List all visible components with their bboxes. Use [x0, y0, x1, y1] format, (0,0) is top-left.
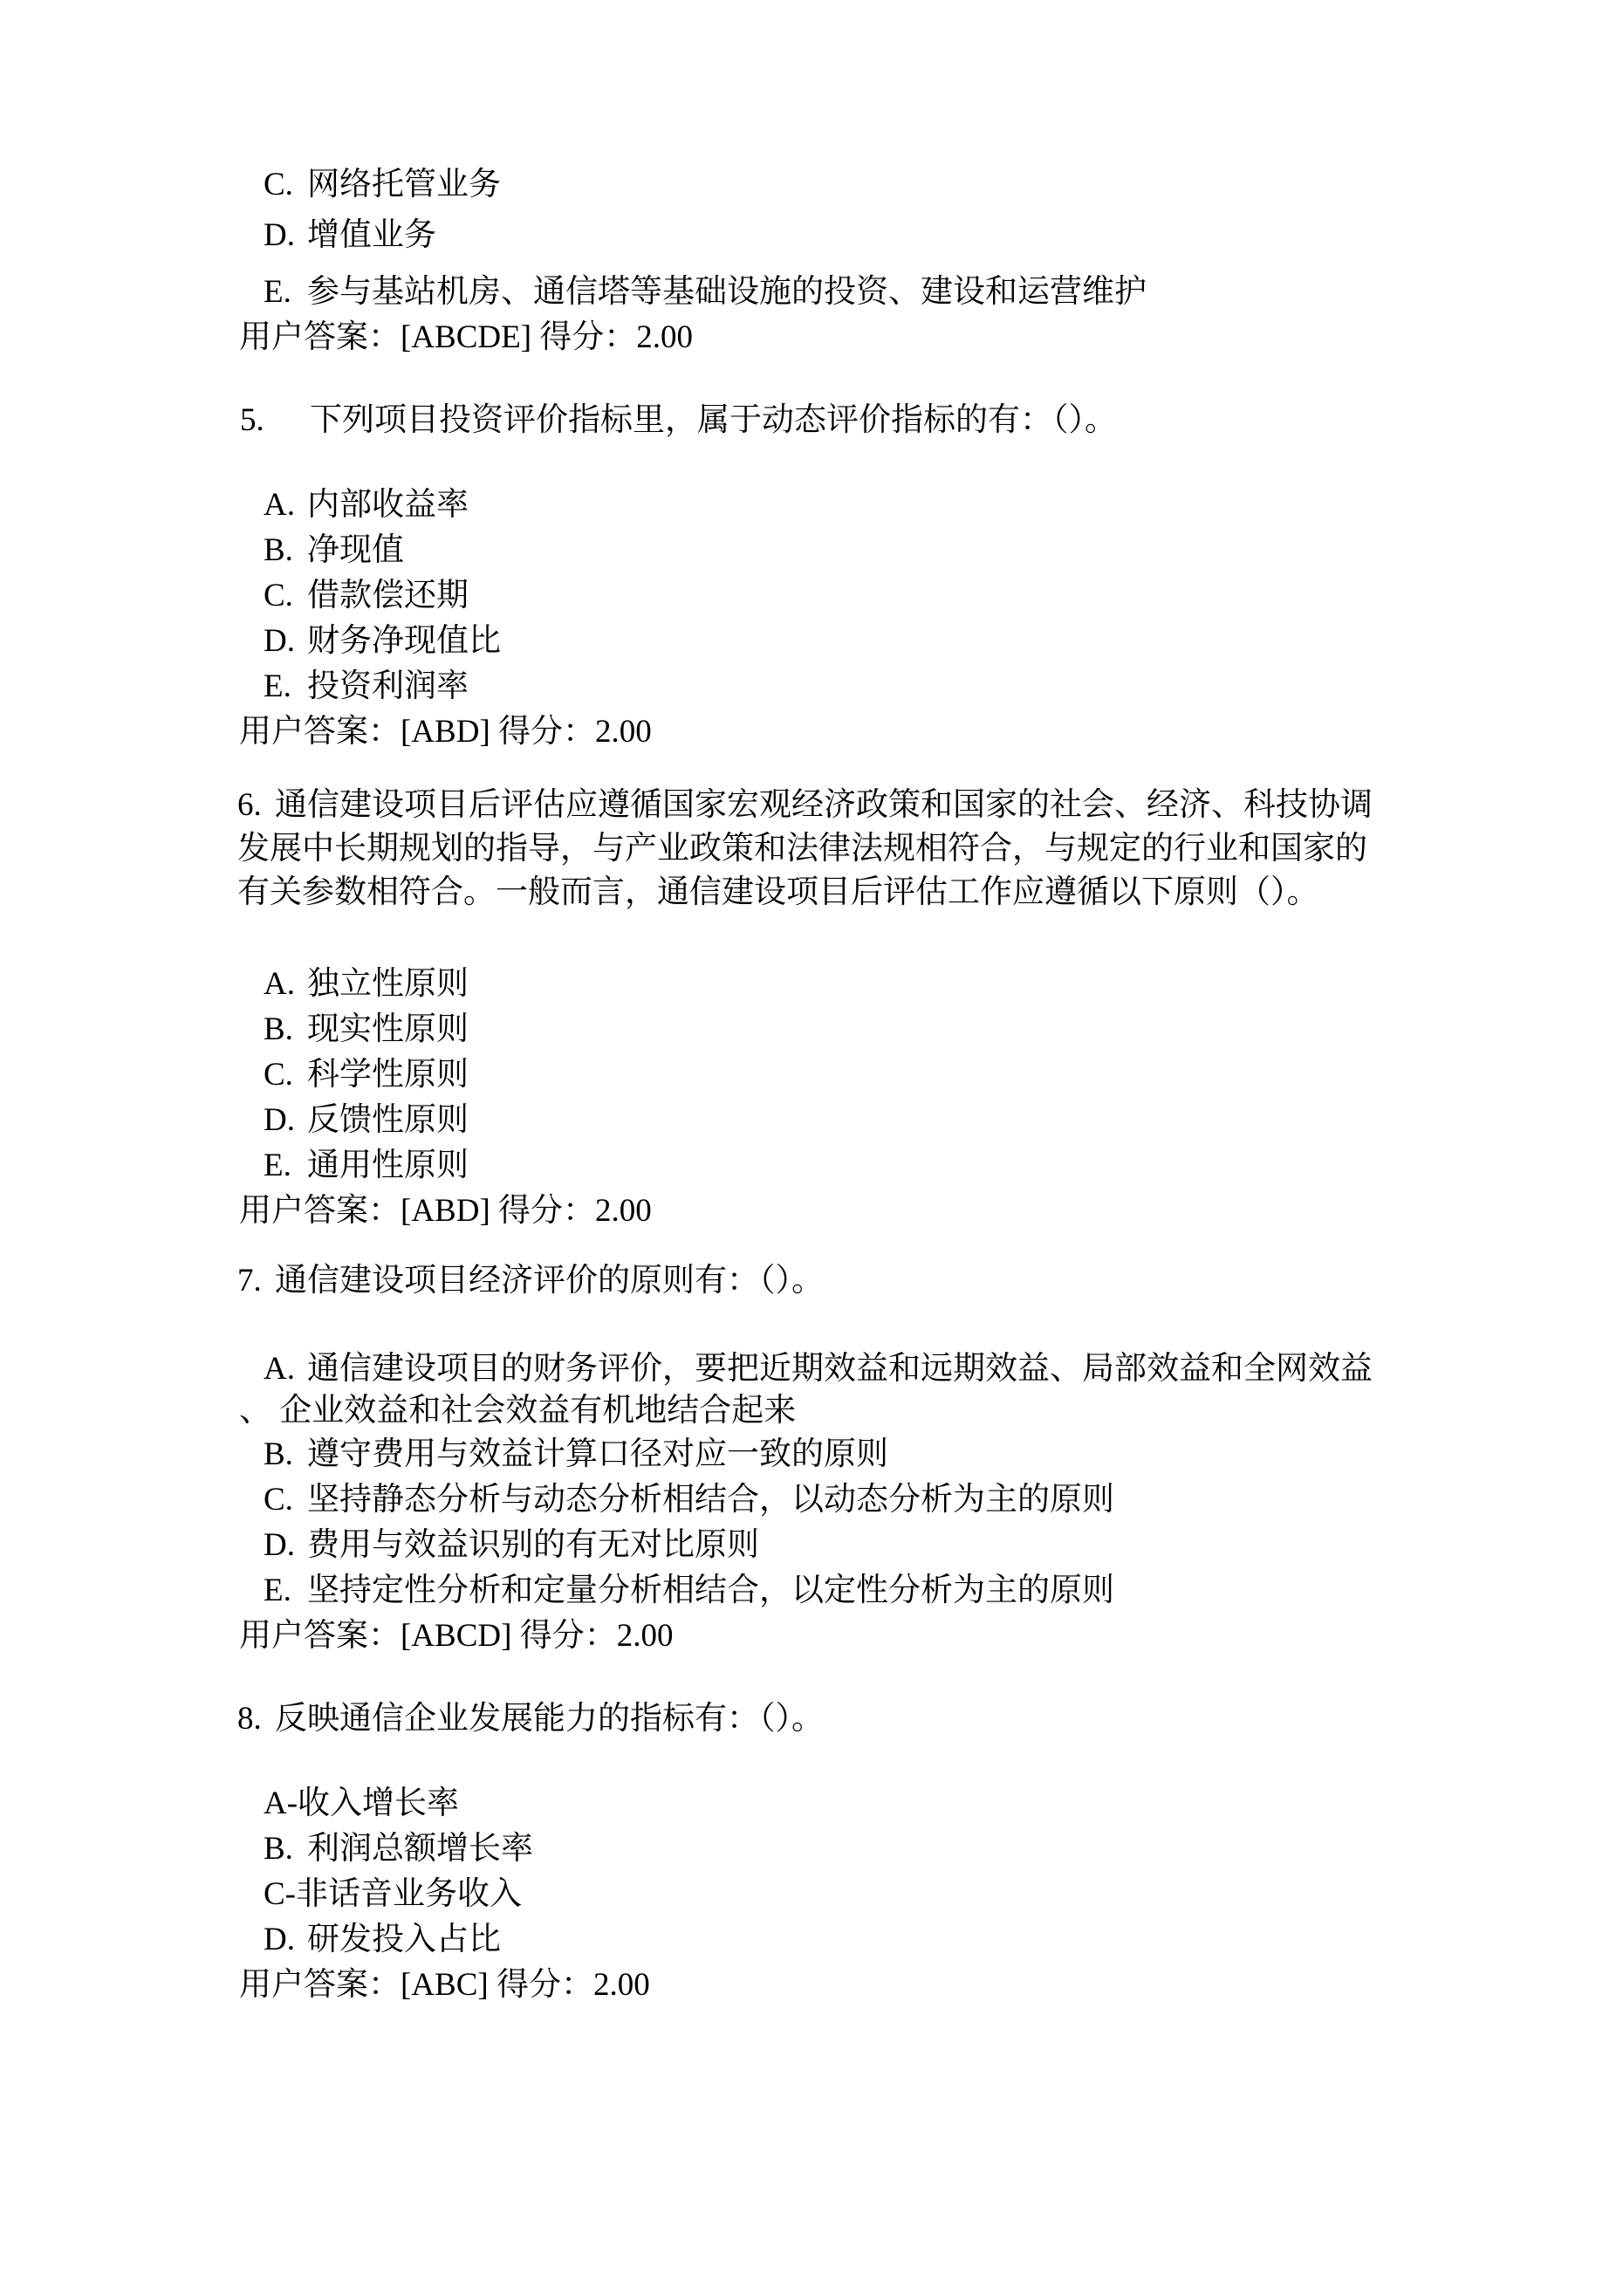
option-label: C.: [251, 1052, 307, 1098]
option-text: 独立性原则: [307, 966, 469, 1002]
option-row: A.通信建设项目的财务评价，要把近期效益和远期效益、局部效益和全网效益 、 企业…: [239, 1348, 1400, 1432]
question-block-5: 5.下列项目投资评价指标里，属于动态评价指标的有：（）。 A.内部收益率 B.净…: [236, 398, 1400, 755]
option-list: A.内部收益率 B.净现值 C.借款偿还期 D.财务净现值比 E.投资利润率: [236, 483, 1400, 709]
option-label: C-: [251, 1872, 296, 1917]
option-row: C.借款偿还期: [239, 573, 1400, 619]
option-text: 利润总额增长率: [307, 1831, 533, 1867]
option-row: B.利润总额增长率: [239, 1827, 1400, 1872]
question-number: 8.: [237, 1696, 275, 1742]
option-row: A.独立性原则: [239, 962, 1400, 1007]
option-label: B.: [251, 1827, 307, 1872]
option-row: B.现实性原则: [239, 1007, 1400, 1052]
option-text: 通信建设项目的财务评价，要把近期效益和远期效益、局部效益和全网效益 、 企业效益…: [239, 1351, 1373, 1429]
option-row: D.财务净现值比: [239, 619, 1400, 664]
question-number: 7.: [237, 1258, 275, 1304]
user-answer-line: 用户答案：[ABD] 得分：2.00: [239, 709, 1400, 755]
option-label: D.: [251, 1917, 307, 1963]
option-text: 坚持定性分析和定量分析相结合，以定性分析为主的原则: [307, 1573, 1114, 1608]
option-label: A.: [251, 962, 307, 1007]
question-title-text: 反映通信企业发展能力的指标有：（）。: [275, 1701, 824, 1737]
option-text: 遵守费用与效益计算口径对应一致的原则: [307, 1436, 888, 1472]
option-label: E.: [251, 664, 307, 709]
option-row: E.坚持定性分析和定量分析相结合，以定性分析为主的原则: [239, 1568, 1400, 1614]
option-row: E.投资利润率: [239, 664, 1400, 709]
option-label: D.: [251, 213, 307, 258]
question-title: 5.下列项目投资评价指标里，属于动态评价指标的有：（）。: [240, 398, 1400, 443]
option-label: C.: [251, 1477, 307, 1523]
option-row: C.网络托管业务: [239, 162, 1400, 208]
option-label: D.: [251, 1098, 307, 1143]
user-answer-line: 用户答案：[ABCDE] 得分：2.00: [239, 315, 1400, 360]
question-number: 6.: [237, 784, 275, 827]
option-row: C-非话音业务收入: [239, 1872, 1400, 1917]
user-answer-line: 用户答案：[ABCD] 得分：2.00: [239, 1614, 1400, 1659]
option-text: 通用性原则: [307, 1148, 469, 1183]
option-text: 参与基站机房、通信塔等基础设施的投资、建设和运营维护: [307, 274, 1147, 310]
option-list: A-收入增长率 B.利润总额增长率 C-非话音业务收入 D.研发投入占比: [236, 1781, 1400, 1963]
option-label: D.: [251, 1523, 307, 1568]
option-text: 投资利润率: [307, 668, 469, 704]
option-row: C.科学性原则: [239, 1052, 1400, 1098]
option-text: 收入增长率: [298, 1785, 459, 1821]
user-answer-line: 用户答案：[ABC] 得分：2.00: [239, 1963, 1400, 2008]
option-label: C.: [251, 162, 307, 208]
option-label: B.: [251, 1007, 307, 1052]
option-text: 网络托管业务: [307, 167, 501, 202]
option-label: B.: [251, 528, 307, 573]
question-number: 5.: [240, 398, 310, 443]
option-text: 内部收益率: [307, 487, 469, 523]
option-list: A.独立性原则 B.现实性原则 C.科学性原则 D.反馈性原则 E.通用性原则: [236, 962, 1400, 1189]
option-text: 增值业务: [307, 217, 436, 253]
option-text: 反馈性原则: [307, 1102, 469, 1138]
option-label: A.: [251, 1348, 307, 1390]
question-title: 6.通信建设项目后评估应遵循国家宏观经济政策和国家的社会、经济、科技协调 发展中…: [237, 784, 1400, 915]
option-text: 现实性原则: [307, 1011, 469, 1047]
option-row: C.坚持静态分析与动态分析相结合，以动态分析为主的原则: [239, 1477, 1400, 1523]
option-row: E.参与基站机房、通信塔等基础设施的投资、建设和运营维护: [239, 270, 1400, 315]
question-block-6: 6.通信建设项目后评估应遵循国家宏观经济政策和国家的社会、经济、科技协调 发展中…: [236, 784, 1400, 1234]
user-answer-line: 用户答案：[ABD] 得分：2.00: [239, 1189, 1400, 1234]
option-row: D.费用与效益识别的有无对比原则: [239, 1523, 1400, 1568]
question-title: 7.通信建设项目经济评价的原则有：（）。: [237, 1258, 1400, 1304]
question-block-7: 7.通信建设项目经济评价的原则有：（）。 A.通信建设项目的财务评价，要把近期效…: [236, 1258, 1400, 1659]
option-label: B.: [251, 1432, 307, 1477]
option-text: 财务净现值比: [307, 623, 501, 659]
question-title-text: 通信建设项目经济评价的原则有：（）。: [275, 1263, 824, 1299]
option-label: C.: [251, 573, 307, 619]
option-row: A-收入增长率: [239, 1781, 1400, 1827]
question-title-text: 通信建设项目后评估应遵循国家宏观经济政策和国家的社会、经济、科技协调 发展中长期…: [237, 787, 1373, 910]
option-text: 非话音业务收入: [296, 1876, 522, 1912]
option-row: D.研发投入占比: [239, 1917, 1400, 1963]
option-label: E.: [251, 1143, 307, 1189]
option-row: B.净现值: [239, 528, 1400, 573]
option-label: A.: [251, 483, 307, 528]
option-list: A.通信建设项目的财务评价，要把近期效益和远期效益、局部效益和全网效益 、 企业…: [236, 1348, 1400, 1614]
option-text: 净现值: [307, 532, 404, 568]
option-label: E.: [251, 1568, 307, 1614]
option-row: D.增值业务: [239, 213, 1400, 258]
option-text: 科学性原则: [307, 1057, 469, 1093]
option-text: 研发投入占比: [307, 1922, 501, 1957]
question-block-4: C.网络托管业务 D.增值业务 E.参与基站机房、通信塔等基础设施的投资、建设和…: [236, 162, 1400, 360]
option-label: E.: [251, 270, 307, 315]
option-row: B.遵守费用与效益计算口径对应一致的原则: [239, 1432, 1400, 1477]
option-row: A.内部收益率: [239, 483, 1400, 528]
option-text: 费用与效益识别的有无对比原则: [307, 1527, 759, 1563]
option-list: C.网络托管业务 D.增值业务 E.参与基站机房、通信塔等基础设施的投资、建设和…: [236, 162, 1400, 315]
option-text: 坚持静态分析与动态分析相结合，以动态分析为主的原则: [307, 1482, 1114, 1518]
question-block-8: 8.反映通信企业发展能力的指标有：（）。 A-收入增长率 B.利润总额增长率 C…: [236, 1696, 1400, 2008]
option-label: A-: [251, 1781, 298, 1827]
option-row: D.反馈性原则: [239, 1098, 1400, 1143]
option-label: D.: [251, 619, 307, 664]
document-page: C.网络托管业务 D.增值业务 E.参与基站机房、通信塔等基础设施的投资、建设和…: [0, 0, 1623, 2008]
question-title-text: 下列项目投资评价指标里，属于动态评价指标的有：（）。: [310, 402, 1117, 438]
option-text: 借款偿还期: [307, 578, 469, 613]
question-title: 8.反映通信企业发展能力的指标有：（）。: [237, 1696, 1400, 1742]
option-row: E.通用性原则: [239, 1143, 1400, 1189]
